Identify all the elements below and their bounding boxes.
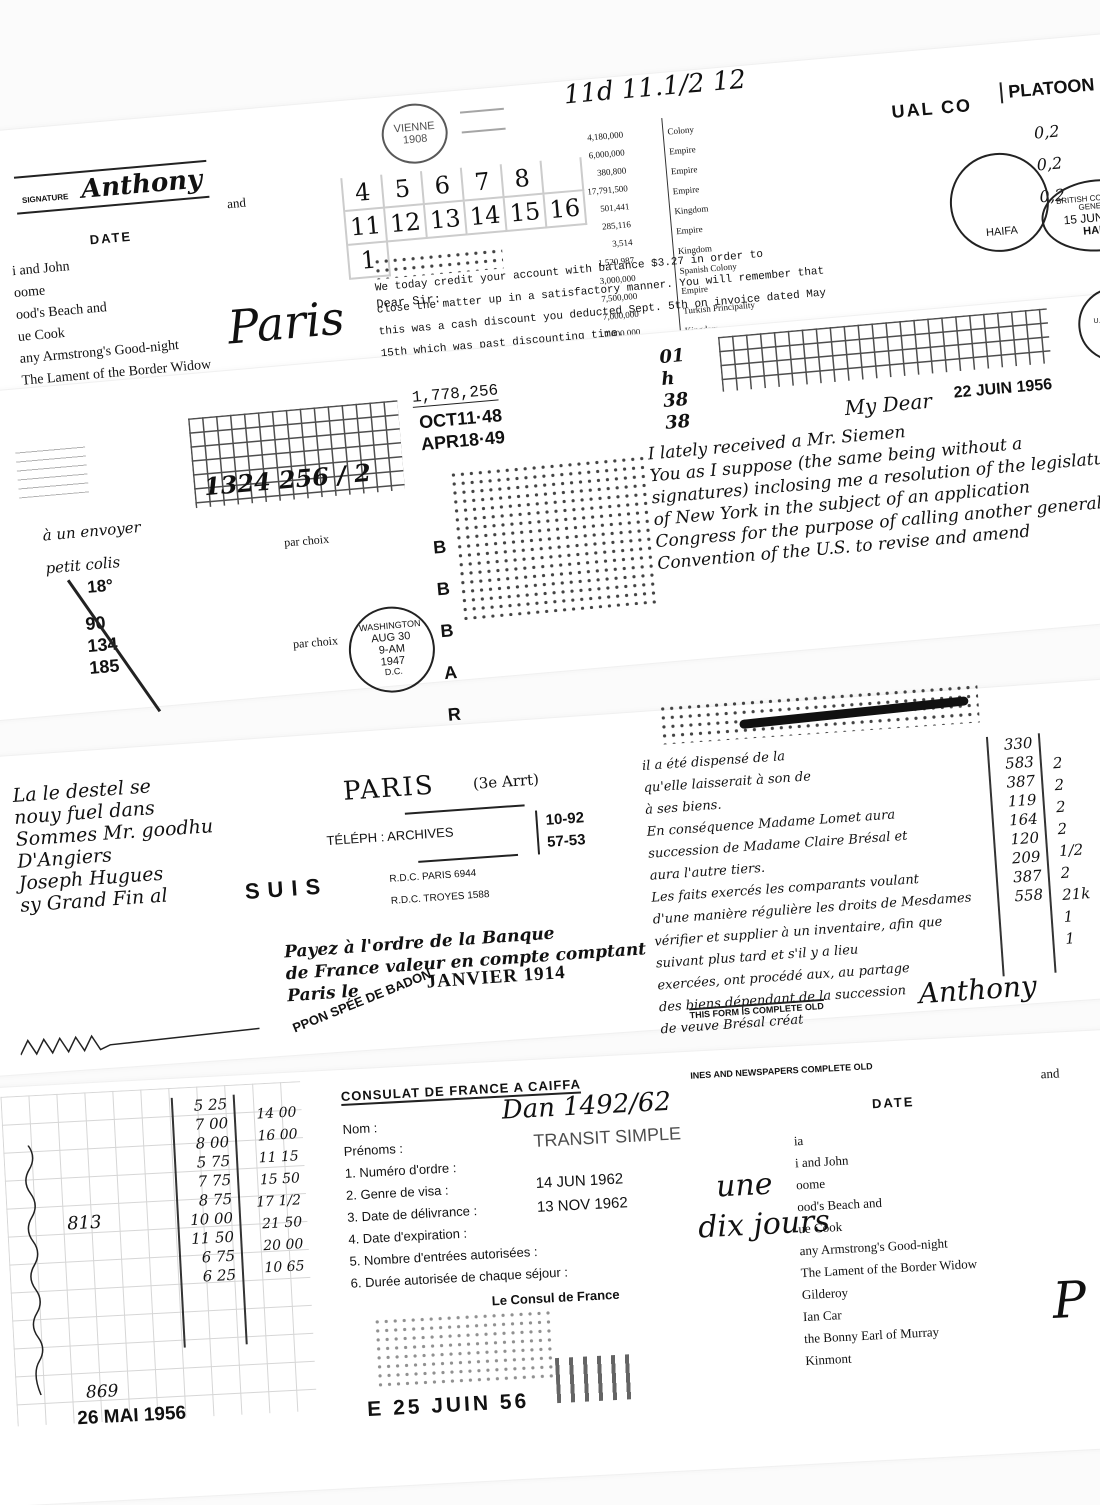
mark: 01 [659, 345, 686, 369]
phone-numbers: 10-9257-53 [535, 807, 586, 854]
ledger-left: 5 257 008 005 757 758 7510 0011 506 756 … [171, 1095, 248, 1348]
calendar-cell: 12 [385, 205, 428, 242]
divider [405, 804, 525, 814]
bank-order: Payez à l'ordre de la Banquede France va… [283, 916, 648, 1007]
strip-edge [0, 1442, 1100, 1505]
ledger-value: 21k [1061, 882, 1091, 906]
issue-date: 14 JUN 1962 [535, 1170, 623, 1192]
calendar-cell: 15 [505, 195, 548, 232]
song-list: iai and Johnoomeood's Beach andue Cookan… [793, 1121, 982, 1372]
ledger-value: 21 50 [257, 1211, 303, 1235]
ledger-value: 20 00 [258, 1233, 304, 1257]
ledger-value: 6 25 [182, 1265, 243, 1287]
mai-stamp: 26 MAI 1956 [77, 1403, 187, 1431]
teleph-label: TÉLÉPH : ARCHIVES [326, 824, 454, 848]
ledger-value: 6,000,000 [584, 148, 625, 160]
ledger-value: 1 [1064, 926, 1094, 950]
ledger-value: 16 00 [252, 1123, 298, 1147]
smudge-marks [555, 1354, 637, 1403]
mark: h [660, 367, 687, 391]
ledger-value: 2 [1055, 794, 1085, 818]
ledger-value: 2 [1054, 772, 1084, 796]
visa-value: 0,2 [1036, 155, 1063, 173]
zigzag-line [19, 1018, 270, 1059]
and-word: and [1040, 1065, 1060, 1082]
date-stamps: OCT11·48APR18·49 [418, 404, 506, 455]
calendar-cell: 7 [462, 164, 505, 201]
note-line: petit colis [45, 551, 145, 578]
handwritten-numbers: 11d 11.1/2 12 [563, 65, 747, 111]
juin-stamp: E 25 JUIN 56 [367, 1390, 530, 1422]
ledger-right: 14 0016 0011 1515 5017 1/221 5020 0010 6… [251, 1101, 305, 1279]
ledger-label: Kingdom [674, 200, 747, 217]
ledger-value: 2 [1060, 860, 1090, 884]
ledger-value: 11 15 [253, 1145, 299, 1169]
strip-edge [0, 25, 1100, 136]
number: 185 [88, 654, 120, 679]
mark: 38 [664, 411, 691, 435]
news-text: INES AND NEWSPAPERS COMPLETE OLD [690, 1061, 873, 1081]
right-marks: 01h3838 [659, 345, 692, 435]
calendar-cell: 6 [422, 168, 465, 205]
script-letter: La le destel senouy fuel dansSommes Mr. … [12, 771, 218, 916]
and-word: and [226, 195, 246, 213]
counter-number: 1,778,256 [411, 381, 499, 407]
ledger-value: 2 [1057, 816, 1087, 840]
date-stamp: 22 JUIN 1956 [953, 376, 1053, 403]
letter-salutation: My Dear [844, 389, 933, 421]
calendar-cell: 13 [425, 202, 468, 239]
phone-number: 57-53 [546, 829, 586, 854]
calendar-cell [542, 157, 585, 194]
seal-city: HAIFA [986, 225, 1019, 240]
signature-label: SIGNATURE [22, 192, 69, 205]
handwritten-une: une [715, 1167, 773, 1205]
arrondissement: (3e Arrt) [472, 770, 539, 793]
ledger-label: Colony [667, 120, 740, 137]
consul-label: Le Consul de France [491, 1287, 619, 1309]
cancel-lines [460, 108, 506, 134]
degree: 18° [87, 576, 114, 598]
script-paris: Paris [226, 291, 347, 355]
ledger-value: 1 [1063, 904, 1093, 928]
ink-spots [373, 1308, 556, 1387]
calendar-cell: 14 [465, 198, 508, 235]
divider [418, 854, 518, 862]
visa-header: UAL CO [891, 95, 973, 123]
letter: B [436, 576, 451, 601]
vienne-postmark: VIENNE 1908 [379, 101, 450, 167]
date-label: DATE [89, 229, 133, 248]
handwritten-letter: I lately received a Mr. SiemenYou as I s… [647, 402, 1100, 575]
tape-strip-3: La le destel senouy fuel dansSommes Mr. … [0, 672, 1100, 1079]
ledger-value: 17,791,500 [587, 184, 628, 196]
ledger-value: 558 [999, 885, 1050, 907]
script-letter: P [1051, 1270, 1088, 1330]
ledger-label: Empire [672, 180, 745, 197]
number-813: 813 [67, 1212, 102, 1235]
ledger-value: 285,116 [590, 220, 631, 232]
mark: 38 [662, 389, 689, 413]
choix-word: par choix [292, 633, 338, 652]
signature: Anthony [80, 164, 203, 204]
letter: B [439, 618, 454, 643]
calendar-cell: 5 [382, 171, 425, 208]
letter: A [443, 660, 458, 685]
postal-stamp-text: U.S. POSTAL SERVICE [1080, 314, 1100, 335]
tape-strip-4: 813 5 257 008 005 757 758 7510 0011 506 … [0, 1024, 1100, 1505]
date-label: DATE [872, 1094, 915, 1111]
ledger-second: 22221/2221k11 [1052, 750, 1094, 949]
wavy-cancel [15, 443, 89, 499]
ledger-value: 1/2 [1058, 838, 1088, 862]
ledger-column: 330583387119164120209387558 [986, 733, 1057, 976]
platoon-label: PLATOON [999, 74, 1095, 103]
ledger-value: 3,514 [592, 238, 633, 250]
suis-label: SUIS [244, 873, 329, 905]
visa-value: 0,2 [1033, 123, 1060, 141]
ledger-value: 15 50 [255, 1167, 301, 1191]
letter: B [432, 535, 447, 560]
postmark-sub: D.C. [385, 667, 404, 678]
phone-number: 10-92 [545, 807, 585, 832]
ledger-label: Empire [676, 220, 749, 237]
bottom-number: 869 [86, 1381, 119, 1403]
consulate-city: HAIFA [1083, 223, 1100, 238]
expiry-date: 13 NOV 1962 [537, 1194, 629, 1216]
ledger-value: 14 00 [251, 1101, 297, 1125]
ledger-value: 501,441 [589, 202, 630, 214]
ledger-value: 2 [1052, 750, 1082, 774]
postmark-year: 1908 [402, 133, 427, 147]
calendar-cell: 4 [342, 175, 385, 212]
ledger-value: 17 1/2 [256, 1189, 302, 1213]
ledger-label: Empire [669, 140, 742, 157]
ledger-value: 10 65 [259, 1255, 305, 1279]
rdc-lines: R.D.C. PARIS 6944R.D.C. TROYES 1588 [389, 862, 491, 913]
calendar-cell: 16 [544, 191, 587, 228]
slash-mark [67, 579, 161, 712]
ledger-value: 4,180,000 [582, 130, 623, 142]
ledger-value: 380,800 [585, 166, 626, 178]
note-line: à un envoyer [42, 518, 142, 545]
choix-word: par choix [284, 532, 330, 551]
ledger-label: Empire [671, 160, 744, 177]
halftone-dots [449, 454, 661, 621]
calendar-cell: 8 [502, 161, 545, 198]
calendar-cell: 11 [345, 208, 388, 245]
paris-header: PARIS [342, 771, 435, 807]
signature-block: SIGNATURE Anthony [14, 160, 210, 215]
